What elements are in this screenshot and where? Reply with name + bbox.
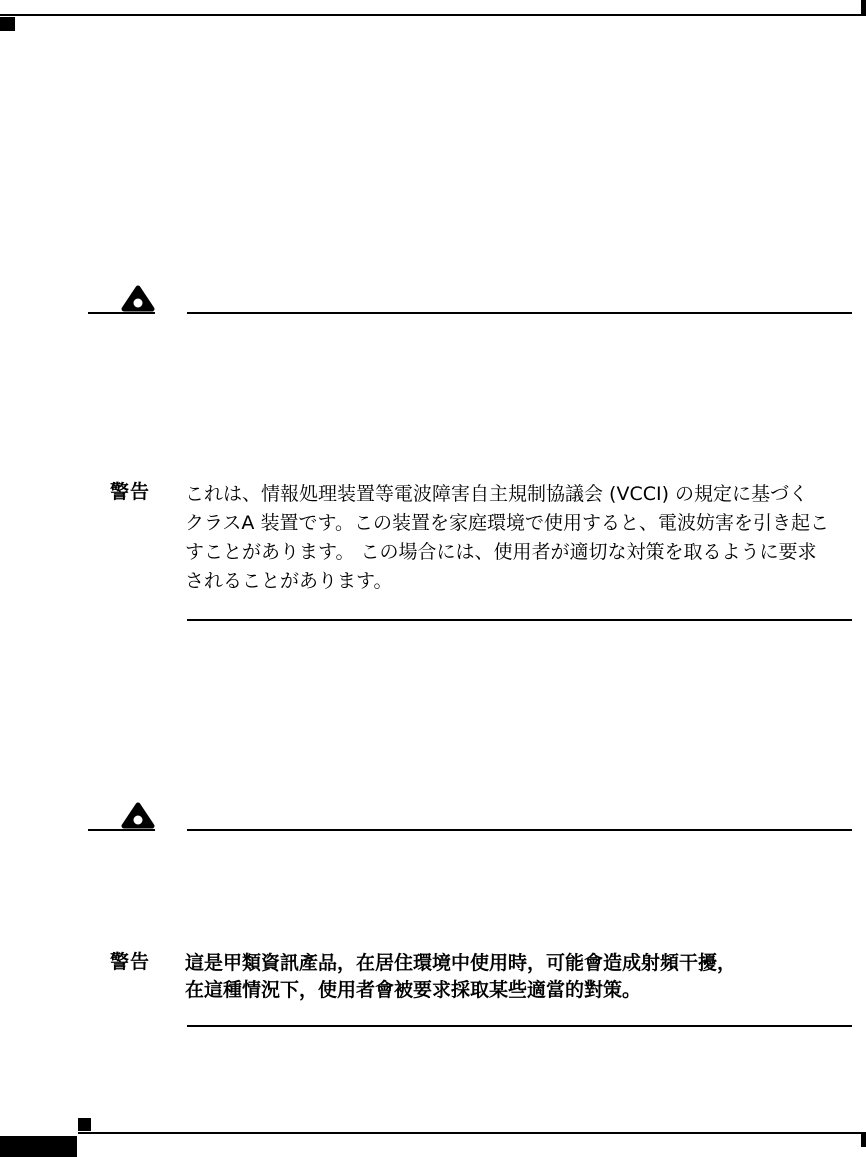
warning-line: クラスA 装置です。この装置を家庭環境で使用すると、電波妨害を引き起こ	[185, 509, 857, 538]
caution-icon	[121, 801, 155, 829]
page-edge-mark-bottom-right	[861, 1134, 866, 1147]
warning-bottom-rule-japanese	[187, 619, 852, 621]
footer-rule	[78, 1132, 866, 1134]
warning-line: 在這種情況下，使用者會被要求採取某些適當的對策。	[185, 977, 857, 1004]
warning-text-chinese: 這是甲類資訊產品，在居住環境中使用時，可能會造成射頻干擾， 在這種情況下，使用者…	[185, 950, 857, 1004]
caution-icon-rule	[88, 829, 155, 831]
warning-line: すことがあります。 この場合には、使用者が適切な対策を取るように要求	[185, 538, 857, 567]
footer-page-tab	[0, 1136, 77, 1157]
document-page: 警告 これは、情報処理装置等電波障害自主規制協議会 (VCCI) の規定に基づく…	[0, 0, 866, 1157]
caution-triangle-icon	[121, 284, 155, 312]
header-rule	[0, 14, 866, 16]
caution-triangle-icon	[121, 801, 155, 829]
warning-line: これは、情報処理装置等電波障害自主規制協議会 (VCCI) の規定に基づく	[185, 480, 857, 509]
warning-label-chinese: 警告	[110, 951, 150, 973]
header-left-square	[0, 17, 15, 31]
caution-icon-rule	[88, 312, 155, 314]
warning-bottom-rule-chinese	[187, 1025, 852, 1027]
warning-text-japanese: これは、情報処理装置等電波障害自主規制協議会 (VCCI) の規定に基づく クラ…	[185, 480, 857, 596]
caution-icon	[121, 284, 155, 312]
warning-line: 這是甲類資訊產品，在居住環境中使用時，可能會造成射頻干擾，	[185, 950, 857, 977]
warning-top-rule-japanese	[187, 312, 852, 314]
footer-square-mark	[78, 1118, 91, 1131]
warning-label-japanese: 警告	[110, 481, 150, 503]
warning-line: されることがあります。	[185, 567, 857, 596]
warning-top-rule-chinese	[187, 829, 852, 831]
